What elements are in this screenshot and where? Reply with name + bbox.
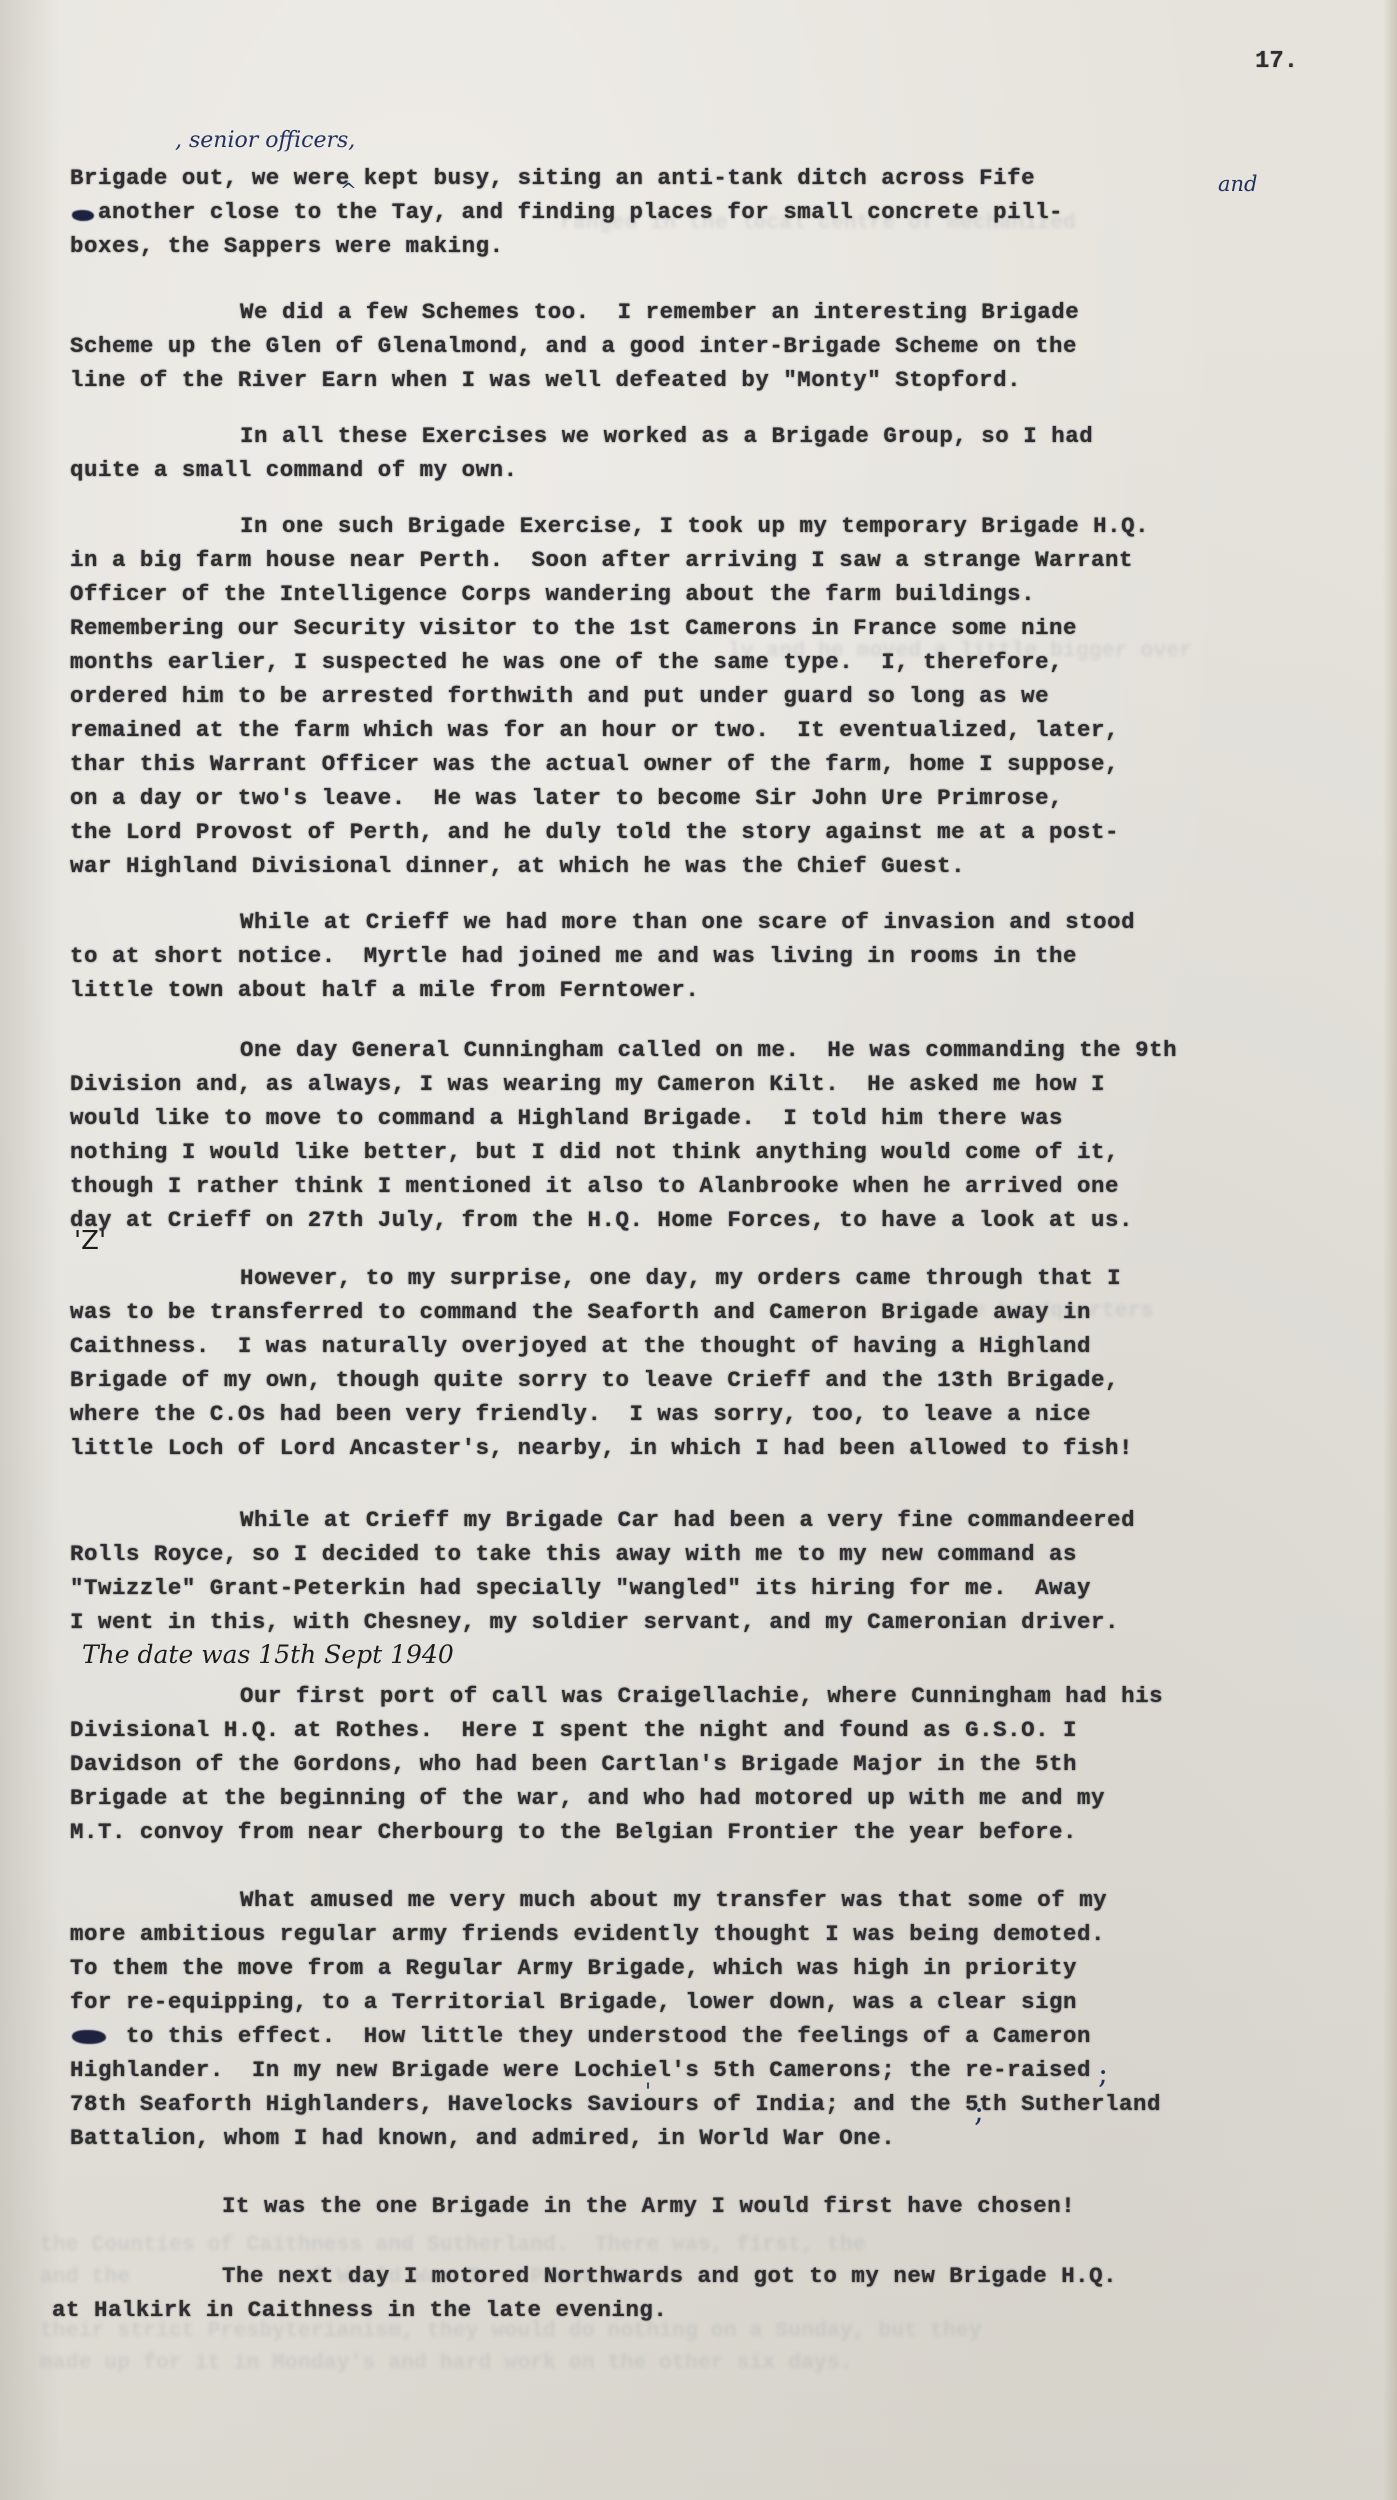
typed-line: Caithness. I was naturally overjoyed at … (70, 1332, 1091, 1360)
typed-line: war Highland Divisional dinner, at which… (70, 852, 965, 880)
typed-line: We did a few Schemes too. I remember an … (240, 298, 1079, 326)
typed-line: 78th Seaforth Highlanders, Havelocks Sav… (70, 2090, 1161, 2118)
typed-line: The next day I motored Northwards and go… (222, 2262, 1117, 2290)
typed-line: quite a small command of my own. (70, 456, 518, 484)
typed-line: Brigade at the beginning of the war, and… (70, 1784, 1105, 1812)
show-through-text: made up for it in Monday's and hard work… (40, 2352, 853, 2375)
typed-line: While at Crieff we had more than one sca… (240, 908, 1135, 936)
typed-line: Brigade of my own, though quite sorry to… (70, 1366, 1119, 1394)
typed-line: Divisional H.Q. at Rothes. Here I spent … (70, 1716, 1077, 1744)
typed-line: on a day or two's leave. He was later to… (70, 784, 1063, 812)
typed-line: Our first port of call was Craigellachie… (240, 1682, 1163, 1710)
handwritten-margin-mark: 'Z' (74, 1226, 106, 1256)
typed-line: "Twizzle" Grant-Peterkin had specially "… (70, 1574, 1091, 1602)
typed-line: In all these Exercises we worked as a Br… (240, 422, 1093, 450)
typed-line: Davidson of the Gordons, who had been Ca… (70, 1750, 1077, 1778)
typed-line: I went in this, with Chesney, my soldier… (70, 1608, 1119, 1636)
handwritten-insert-senior-officers: , senior officers, (175, 128, 355, 153)
typed-line: Officer of the Intelligence Corps wander… (70, 580, 1035, 608)
typed-line: the Lord Provost of Perth, and he duly t… (70, 818, 1119, 846)
typed-line: where the C.Os had been very friendly. I… (70, 1400, 1091, 1428)
handwritten-apostrophe: ' (645, 2080, 651, 2105)
typed-line: M.T. convoy from near Cherbourg to the B… (70, 1818, 1077, 1846)
typed-line: thar this Warrant Officer was the actual… (70, 750, 1119, 778)
handwritten-semicolon: ; (974, 2094, 984, 2129)
typed-line: little Loch of Lord Ancaster's, nearby, … (70, 1434, 1133, 1462)
handwritten-caret: ^ (340, 178, 357, 202)
typed-line: to at short notice. Myrtle had joined me… (70, 942, 1077, 970)
typed-line: In one such Brigade Exercise, I took up … (240, 512, 1149, 540)
typed-line: Highlander. In my new Brigade were Lochi… (70, 2056, 1091, 2084)
typed-line: for re-equipping, to a Territorial Briga… (70, 1988, 1077, 2016)
typed-line: though I rather think I mentioned it als… (70, 1172, 1119, 1200)
ink-strikeout (72, 210, 94, 221)
handwritten-date-note: The date was 15th Sept 1940 (82, 1640, 454, 1669)
typed-line: Division and, as always, I was wearing m… (70, 1070, 1105, 1098)
typed-line: months earlier, I suspected he was one o… (70, 648, 1063, 676)
typed-line: day at Crieff on 27th July, from the H.Q… (70, 1206, 1133, 1234)
typed-line: However, to my surprise, one day, my ord… (240, 1264, 1121, 1292)
typed-line: at Halkirk in Caithness in the late even… (52, 2296, 667, 2324)
typed-line: boxes, the Sappers were making. (70, 232, 504, 260)
typed-line: was to be transferred to command the Sea… (70, 1298, 1091, 1326)
typed-line: Battalion, whom I had known, and admired… (70, 2124, 895, 2152)
typed-line: What amused me very much about my transf… (240, 1886, 1107, 1914)
handwritten-insert-and: and (1218, 172, 1258, 196)
typed-line: to this effect. How little they understo… (70, 2022, 1091, 2050)
typed-line: would like to move to command a Highland… (70, 1104, 1063, 1132)
typed-line: nothing I would like better, but I did n… (70, 1138, 1119, 1166)
typed-line: Brigade out, we were kept busy, siting a… (70, 164, 1035, 192)
typed-line: One day General Cunningham called on me.… (240, 1036, 1177, 1064)
typed-line: Remembering our Security visitor to the … (70, 614, 1077, 642)
document-page: ranged in the local centre of mechanized… (0, 0, 1397, 2500)
typed-line: It was the one Brigade in the Army I wou… (222, 2192, 1075, 2220)
typed-line: more ambitious regular army friends evid… (70, 1920, 1105, 1948)
page-number: 17. (1255, 48, 1298, 75)
typed-line: While at Crieff my Brigade Car had been … (240, 1506, 1135, 1534)
show-through-text: the Counties of Caithness and Sutherland… (40, 2234, 904, 2257)
typed-line: little town about half a mile from Fernt… (70, 976, 699, 1004)
typed-line: Rolls Royce, so I decided to take this a… (70, 1540, 1077, 1568)
handwritten-semicolon: ; (1098, 2056, 1108, 2091)
typed-line: another close to the Tay, and finding pl… (70, 198, 1063, 226)
ink-strikeout (72, 2030, 106, 2044)
typed-line: in a big farm house near Perth. Soon aft… (70, 546, 1133, 574)
typed-line: remained at the farm which was for an ho… (70, 716, 1119, 744)
typed-line: Scheme up the Glen of Glenalmond, and a … (70, 332, 1077, 360)
typed-line: ordered him to be arrested forthwith and… (70, 682, 1049, 710)
typed-line: line of the River Earn when I was well d… (70, 366, 1021, 394)
typed-line: To them the move from a Regular Army Bri… (70, 1954, 1077, 1982)
